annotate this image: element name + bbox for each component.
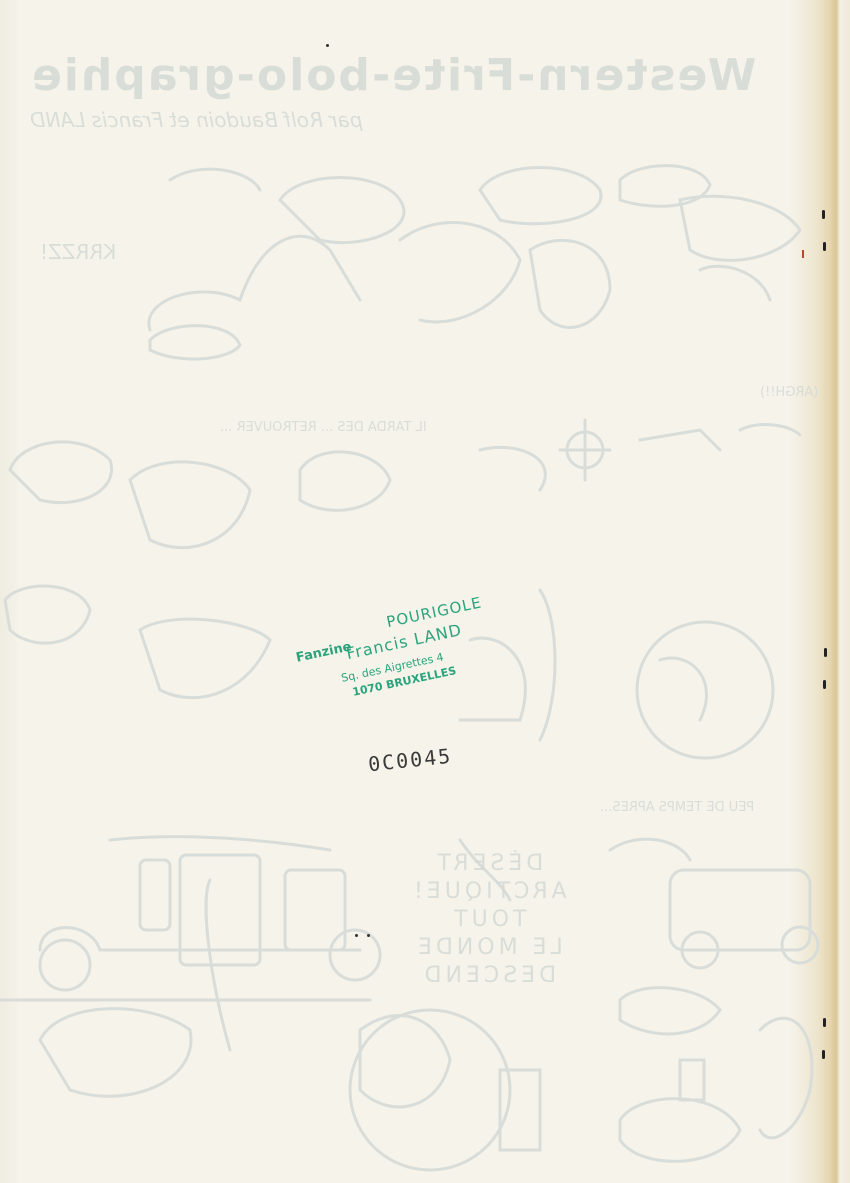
staple-mark [823,242,826,251]
show-through-side-label: KRRZZ! [40,240,116,264]
caption-line: DÉSERT [410,850,567,878]
rust-mark [802,250,804,258]
caption-line: TOUT [410,906,567,934]
caption-line: ARCTIQUE! [410,878,567,906]
staple-mark [823,680,826,689]
ink-dot [355,934,358,937]
show-through-center-caption: DÉSERT ARCTIQUE! TOUT LE MONDE DESCEND [410,850,567,990]
show-through-subtitle: par Rolf Baudoin et Francis LAND [30,108,362,132]
show-through-title: Western-Frite-bolo-graphie [30,50,756,101]
caption-line: LE MONDE [410,934,567,962]
caption-line: DESCEND [410,962,567,990]
show-through-balloon: PEU DE TEMPS APRES... [600,800,754,815]
staple-mark [822,210,825,219]
show-through-balloon: IL TARDA DES ... RETROUVER ... [220,420,427,435]
show-through-balloon: (ARGH!!) [760,385,818,400]
scanned-page: Western-Frite-bolo-graphie par Rolf Baud… [0,0,850,1183]
staple-mark [824,648,827,657]
ink-dot [326,44,329,47]
stamp-fanzine-label: Fanzine [295,639,353,665]
ink-dot [367,934,370,937]
staple-mark [823,1018,826,1027]
staple-mark [822,1050,825,1059]
